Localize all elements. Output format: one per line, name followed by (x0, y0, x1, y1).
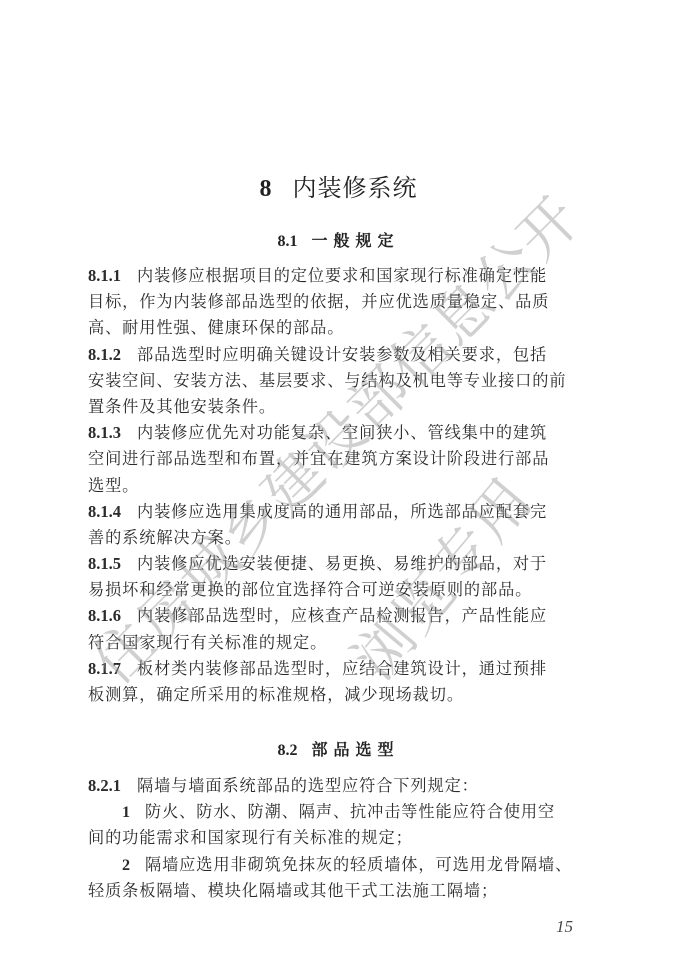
clause-text: 板材类内装修部品选型时，应结合建筑设计，通过预排 (137, 659, 547, 678)
clause-line: 8.1.6内装修部品选型时，应核查产品检测报告，产品性能应 (88, 603, 590, 629)
clause-text: 内装修应根据项目的定位要求和国家现行标准确定性能 (137, 266, 547, 285)
clause-text: 内装修应选用集成度高的通用部品，所选部品应配套完 (137, 502, 547, 521)
section-title-8-1: 8.1一般规定 (0, 228, 677, 251)
clause-line: 8.1.4内装修应选用集成度高的通用部品，所选部品应配套完 (88, 499, 590, 525)
clause-text: 内装修应优先对功能复杂、空间狭小、管线集中的建筑 (137, 423, 547, 442)
clause-line: 8.2.1隔墙与墙面系统部品的选型应符合下列规定： (88, 773, 590, 799)
clause-line: 8.1.7板材类内装修部品选型时，应结合建筑设计，通过预排 (88, 656, 590, 682)
clause-line: 8.1.3内装修应优先对功能复杂、空间狭小、管线集中的建筑 (88, 420, 590, 446)
clause-line: 选型。 (88, 473, 590, 499)
chapter-title: 8内装修系统 (0, 168, 677, 203)
section-title-8-2: 8.2部品选型 (0, 737, 677, 760)
clause-number: 8.1.6 (88, 606, 121, 625)
section-8-2-body: 8.2.1隔墙与墙面系统部品的选型应符合下列规定： 1防火、防水、防潮、隔声、抗… (88, 773, 590, 904)
clause-line: 易损坏和经常更换的部位宜选择符合可逆安装原则的部品。 (88, 577, 590, 603)
clause-line: 空间进行部品选型和布置，并宜在建筑方案设计阶段进行部品 (88, 446, 590, 472)
section-number: 8.1 (277, 233, 297, 250)
clause-text: 隔墙与墙面系统部品的选型应符合下列规定： (137, 776, 479, 795)
clause-number: 8.1.5 (88, 554, 121, 573)
page-number: 15 (556, 917, 573, 937)
clause-text: 内装修部品选型时，应核查产品检测报告，产品性能应 (137, 606, 547, 625)
clause-number: 8.2.1 (88, 776, 121, 795)
clause-number: 8.1.3 (88, 423, 121, 442)
clause-number: 8.1.1 (88, 266, 121, 285)
clause-line: 目标，作为内装修部品选型的依据，并应优选质量稳定、品质 (88, 289, 590, 315)
section-title-text: 部品选型 (311, 740, 399, 759)
clause-number: 8.1.4 (88, 502, 121, 521)
clause-line: 板测算，确定所采用的标准规格，减少现场裁切。 (88, 682, 590, 708)
chapter-number: 8 (260, 176, 273, 202)
clause-number: 8.1.7 (88, 659, 121, 678)
clause-line: 置条件及其他安装条件。 (88, 394, 590, 420)
clause-line: 安装空间、安装方法、基层要求、与结构及机电等专业接口的前 (88, 368, 590, 394)
item-text: 隔墙应选用非砌筑免抹灰的轻质墙体，可选用龙骨隔墙、 (145, 855, 572, 874)
clause-line: 善的系统解决方案。 (88, 525, 590, 551)
clause-line: 符合国家现行有关标准的规定。 (88, 630, 590, 656)
item-line: 轻质条板隔墙、模块化隔墙或其他干式工法施工隔墙； (88, 878, 590, 904)
document-page: 8内装修系统 8.1一般规定 8.1.1内装修应根据项目的定位要求和国家现行标准… (0, 0, 677, 980)
chapter-title-text: 内装修系统 (293, 174, 418, 202)
section-title-text: 一般规定 (311, 231, 399, 250)
clause-line: 8.1.5内装修应优选安装便捷、易更换、易维护的部品，对于 (88, 551, 590, 577)
item-text: 防火、防水、防潮、隔声、抗冲击等性能应符合使用空 (145, 802, 555, 821)
section-number: 8.2 (277, 742, 297, 759)
clause-line: 高、耐用性强、健康环保的部品。 (88, 315, 590, 341)
clause-text: 内装修应优选安装便捷、易更换、易维护的部品，对于 (137, 554, 547, 573)
section-8-1-body: 8.1.1内装修应根据项目的定位要求和国家现行标准确定性能 目标，作为内装修部品… (88, 263, 590, 708)
clause-line: 8.1.1内装修应根据项目的定位要求和国家现行标准确定性能 (88, 263, 590, 289)
clause-text: 部品选型时应明确关键设计安装参数及相关要求，包括 (137, 345, 547, 364)
item-line: 1防火、防水、防潮、隔声、抗冲击等性能应符合使用空 (88, 799, 590, 825)
clause-number: 8.1.2 (88, 345, 121, 364)
item-number: 1 (122, 803, 131, 821)
clause-line: 8.1.2部品选型时应明确关键设计安装参数及相关要求，包括 (88, 342, 590, 368)
item-number: 2 (122, 856, 131, 874)
item-line: 2隔墙应选用非砌筑免抹灰的轻质墙体，可选用龙骨隔墙、 (88, 852, 590, 878)
item-line: 间的功能需求和国家现行有关标准的规定； (88, 825, 590, 851)
